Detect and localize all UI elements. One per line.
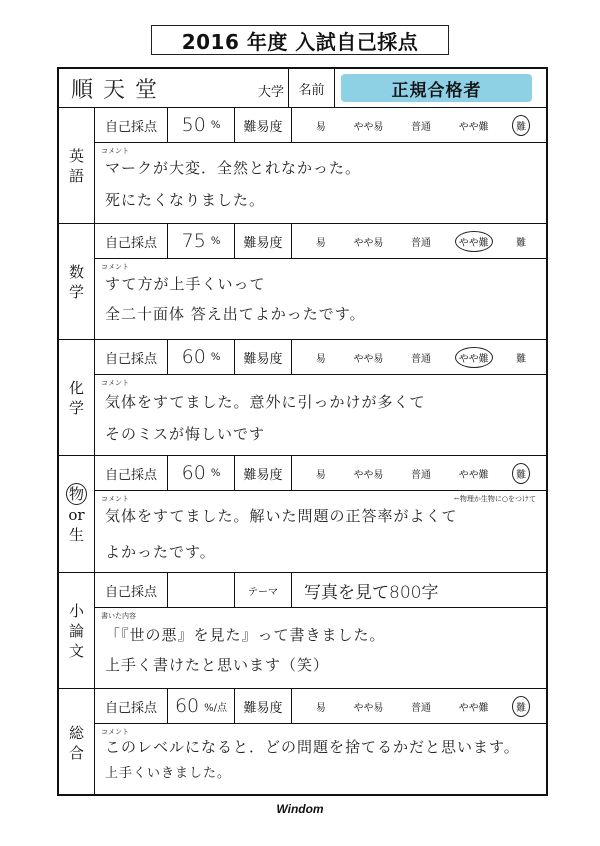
difficulty-label: 難易度 <box>235 456 292 490</box>
name-cell: 正規合格者 <box>335 69 546 107</box>
university-name: 順天堂 <box>71 73 167 104</box>
section-math: 数 学 自己採点 75 % 難易度 易 やや易 普通 やや難 難 コメント すて… <box>59 224 546 340</box>
score-value: 60 <box>182 462 206 484</box>
name-value: 正規合格者 <box>392 76 482 101</box>
difficulty-label: 難易度 <box>235 689 292 723</box>
written-content-area: 書いた内容 「『世の悪』を見た』って書きました。 上手く書けたと思います（笑） <box>95 608 546 688</box>
difficulty-option-somewhat-hard-circled: やや難 <box>455 347 493 368</box>
section-physics-or-biology: 物 or 生 自己採点 60 % 難易度 易 やや易 普通 やや難 難 コメント… <box>59 456 546 573</box>
difficulty-option-normal: 普通 <box>407 115 435 136</box>
footer-brand: Windom <box>0 802 600 816</box>
comment-area: コメント このレベルになると．どの問題を捨てるかだと思います。 上手くいきました… <box>95 724 546 796</box>
percent-unit: % <box>211 352 221 363</box>
score-value-cell: 60 % <box>168 340 235 374</box>
difficulty-option-easy: 易 <box>312 463 330 484</box>
theme-value: 写真を見て800字 <box>292 573 546 607</box>
subject-char: 文 <box>69 641 84 661</box>
score-row: 自己採点 75 % 難易度 易 やや易 普通 やや難 難 <box>95 224 546 259</box>
university-label: 大学 <box>258 81 284 100</box>
difficulty-option-easy: 易 <box>312 115 330 136</box>
difficulty-option-somewhat-hard: やや難 <box>455 696 493 717</box>
difficulty-options: 易 やや易 普通 やや難 難 <box>292 689 546 723</box>
university-cell: 順天堂 大学 <box>59 69 289 107</box>
section-english: 英 語 自己採点 50 % 難易度 易 やや易 普通 やや難 難 コメント マー… <box>59 108 546 224</box>
difficulty-option-normal: 普通 <box>407 696 435 717</box>
comment-line: 全二十面体 答え出てよかったです。 <box>105 303 366 324</box>
subject-char: 語 <box>69 166 84 186</box>
header-row: 順天堂 大学 名前 正規合格者 <box>59 69 546 108</box>
score-label: 自己採点 <box>95 224 168 258</box>
comment-line: 死にたくなりました。 <box>105 189 265 210</box>
physics-biology-note: ←物理か生物に○をつけて <box>454 494 536 504</box>
difficulty-option-normal: 普通 <box>407 231 435 252</box>
theme-label: テーマ <box>235 573 292 607</box>
difficulty-options: 易 やや易 普通 やや難 難 <box>292 224 546 258</box>
comment-line: マークが大変．全然とれなかった。 <box>105 157 361 178</box>
difficulty-option-hard-circled: 難 <box>512 696 530 717</box>
difficulty-label: 難易度 <box>235 224 292 258</box>
name-badge: 正規合格者 <box>341 74 532 102</box>
difficulty-option-easy: 易 <box>312 696 330 717</box>
difficulty-option-hard-circled: 難 <box>512 463 530 484</box>
difficulty-option-normal: 普通 <box>407 463 435 484</box>
comment-area: コメント ←物理か生物に○をつけて 気体をすてました。解いた問題の正答率がよくて… <box>95 491 546 572</box>
section-total: 総 合 自己採点 60 %/点 難易度 易 やや易 普通 やや難 難 コメント … <box>59 689 546 796</box>
difficulty-option-somewhat-easy: やや易 <box>349 696 387 717</box>
percent-unit: % <box>211 236 221 247</box>
comment-line: 上手くいきました。 <box>105 762 231 781</box>
comment-label: コメント <box>101 262 129 272</box>
score-value: 75 <box>182 230 206 252</box>
difficulty-label: 難易度 <box>235 108 292 142</box>
score-row: 自己採点 テーマ 写真を見て800字 <box>95 573 546 608</box>
comment-label: コメント <box>101 494 129 504</box>
subject-char: 合 <box>69 743 84 763</box>
difficulty-option-somewhat-easy: やや易 <box>349 115 387 136</box>
difficulty-label: 難易度 <box>235 340 292 374</box>
score-row: 自己採点 60 % 難易度 易 やや易 普通 やや難 難 <box>95 456 546 491</box>
subject-char: 学 <box>69 282 84 302</box>
score-value: 60 <box>182 346 206 368</box>
comment-label: コメント <box>101 378 129 388</box>
difficulty-option-hard: 難 <box>512 347 530 368</box>
subject-char: 論 <box>69 621 84 641</box>
comment-line: すて方が上手くいって <box>105 273 265 294</box>
score-value-cell <box>168 573 235 607</box>
score-value-cell: 60 %/点 <box>168 689 235 723</box>
difficulty-option-somewhat-easy: やや易 <box>349 463 387 484</box>
page-title-box: 2016 年度 入試自己採点 <box>151 25 449 55</box>
subject-char: 小 <box>69 601 84 621</box>
comment-line: 「『世の悪』を見た』って書きました。 <box>105 624 386 645</box>
score-value: 60 <box>175 695 199 717</box>
comment-line: 気体をすてました。意外に引っかけが多くて <box>105 391 425 412</box>
difficulty-options: 易 やや易 普通 やや難 難 <box>292 340 546 374</box>
difficulty-option-hard: 難 <box>512 231 530 252</box>
percent-unit: % <box>211 468 221 479</box>
score-value-cell: 60 % <box>168 456 235 490</box>
name-label: 名前 <box>289 69 335 107</box>
written-content-label: 書いた内容 <box>101 611 136 621</box>
comment-area: コメント マークが大変．全然とれなかった。 死にたくなりました。 <box>95 143 546 223</box>
difficulty-option-somewhat-hard-circled: やや難 <box>455 231 493 252</box>
difficulty-option-normal: 普通 <box>407 347 435 368</box>
subject-label: 小 論 文 <box>59 573 95 688</box>
comment-line: 気体をすてました。解いた問題の正答率がよくて <box>105 505 457 526</box>
comment-line: そのミスが悔しいです <box>105 423 265 444</box>
difficulty-option-somewhat-hard: やや難 <box>455 463 493 484</box>
subject-char: 総 <box>69 723 84 743</box>
subject-label: 数 学 <box>59 224 95 339</box>
score-label: 自己採点 <box>95 573 168 607</box>
subject-char: or <box>68 505 84 525</box>
score-label: 自己採点 <box>95 340 168 374</box>
subject-char: 学 <box>69 398 84 418</box>
subject-char: 化 <box>69 378 84 398</box>
subject-char-circled: 物 <box>66 483 87 505</box>
subject-label: 化 学 <box>59 340 95 455</box>
comment-area: コメント 気体をすてました。意外に引っかけが多くて そのミスが悔しいです <box>95 375 546 455</box>
subject-label: 総 合 <box>59 689 95 796</box>
subject-char: 生 <box>69 525 84 545</box>
score-value: 50 <box>182 114 206 136</box>
comment-line: このレベルになると．どの問題を捨てるかだと思います。 <box>105 736 520 757</box>
percent-unit: % <box>211 120 221 131</box>
subject-label: 英 語 <box>59 108 95 223</box>
difficulty-option-easy: 易 <box>312 231 330 252</box>
score-value-cell: 50 % <box>168 108 235 142</box>
difficulty-option-easy: 易 <box>312 347 330 368</box>
difficulty-options: 易 やや易 普通 やや難 難 <box>292 456 546 490</box>
difficulty-options: 易 やや易 普通 やや難 難 <box>292 108 546 142</box>
subject-char: 数 <box>69 262 84 282</box>
score-label: 自己採点 <box>95 108 168 142</box>
page-title: 2016 年度 入試自己採点 <box>182 26 419 55</box>
section-essay: 小 論 文 自己採点 テーマ 写真を見て800字 書いた内容 「『世の悪』を見た… <box>59 573 546 689</box>
subject-char: 英 <box>69 146 84 166</box>
self-scoring-sheet: 順天堂 大学 名前 正規合格者 英 語 自己採点 50 % 難易度 易 やや易 … <box>57 67 548 796</box>
difficulty-option-somewhat-easy: やや易 <box>349 231 387 252</box>
difficulty-option-hard-circled: 難 <box>512 115 530 136</box>
difficulty-option-somewhat-easy: やや易 <box>349 347 387 368</box>
comment-line: 上手く書けたと思います（笑） <box>105 654 329 675</box>
score-row: 自己採点 60 % 難易度 易 やや易 普通 やや難 難 <box>95 340 546 375</box>
score-label: 自己採点 <box>95 689 168 723</box>
score-label: 自己採点 <box>95 456 168 490</box>
score-row: 自己採点 50 % 難易度 易 やや易 普通 やや難 難 <box>95 108 546 143</box>
section-chemistry: 化 学 自己採点 60 % 難易度 易 やや易 普通 やや難 難 コメント 気体… <box>59 340 546 456</box>
subject-label: 物 or 生 <box>59 456 95 572</box>
comment-line: よかったです。 <box>105 541 216 562</box>
score-value-cell: 75 % <box>168 224 235 258</box>
percent-point-unit: %/点 <box>204 699 227 714</box>
score-row: 自己採点 60 %/点 難易度 易 やや易 普通 やや難 難 <box>95 689 546 724</box>
comment-label: コメント <box>101 146 129 156</box>
comment-area: コメント すて方が上手くいって 全二十面体 答え出てよかったです。 <box>95 259 546 339</box>
difficulty-option-somewhat-hard: やや難 <box>455 115 493 136</box>
